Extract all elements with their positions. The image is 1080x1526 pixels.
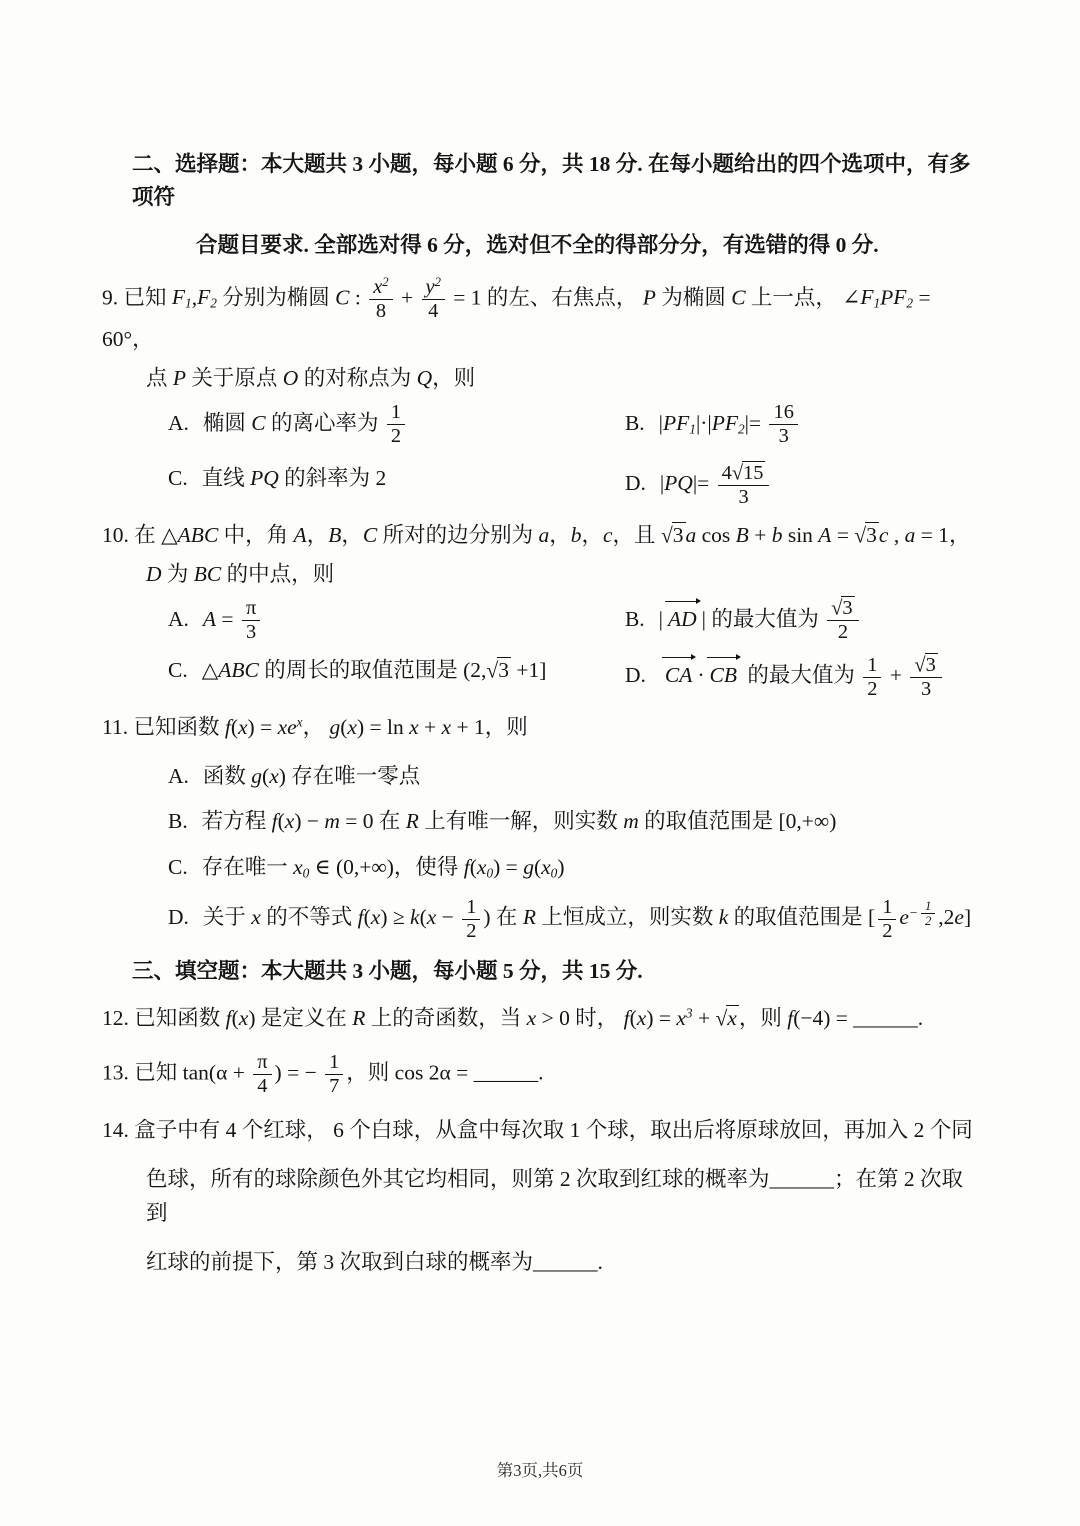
question-11-option-c: C.存在唯一 x0 ∈ (0,+∞)，使得 f(x0) = g(x0): [168, 851, 984, 884]
section-3-heading: 三、填空题：本大题共 3 小题，每小题 5 分，共 15 分.: [102, 955, 984, 988]
exam-page: { "document": { "footer": "第3页,共6页" }, "…: [0, 0, 1080, 1526]
option-label: D.: [625, 663, 646, 687]
question-12-stem: 12. 已知函数 f(x) 是定义在 R 上的奇函数，当 x > 0 时， f(…: [102, 1002, 984, 1035]
option-body: |AD| 的最大值为 √32: [659, 607, 862, 631]
section-2-heading-line-1: 二、选择题：本大题共 3 小题，每小题 6 分，共 18 分. 在每小题给出的四…: [132, 148, 984, 215]
question-9-stem-line-1: 9. 已知 F1,F2 分别为椭圆 C : x28 + y24 = 1 的左、右…: [102, 276, 984, 356]
option-label: A.: [168, 764, 189, 788]
section-3-heading-line-1: 三、填空题：本大题共 3 小题，每小题 5 分，共 15 分.: [132, 955, 984, 988]
option-body: CA·CB 的最大值为 12 + √33: [660, 663, 945, 687]
question-14: 14. 盒子中有 4 个红球， 6 个白球，从盒中每次取 1 个球，取出后将原球…: [102, 1114, 984, 1279]
question-13: 13. 已知 tan(α + π4) = − 17，则 cos 2α = ___…: [102, 1051, 984, 1098]
option-body: 关于 x 的不等式 f(x) ≥ k(x − 12) 在 R 上恒成立，则实数 …: [203, 905, 971, 929]
section-2-heading-line-2: 合题目要求. 全部选对得 6 分，选对但不全的得部分分，有选错的得 0 分.: [196, 229, 984, 262]
option-label: C.: [168, 658, 188, 682]
section-2-heading: 二、选择题：本大题共 3 小题，每小题 6 分，共 18 分. 在每小题给出的四…: [132, 148, 984, 262]
option-body: |PQ|= 4√153: [660, 471, 773, 495]
question-9-options: A.椭圆 C 的离心率为 12 B.|PF1|·|PF2|= 163 C.直线 …: [168, 401, 984, 508]
option-label: C.: [168, 466, 188, 490]
question-10-stem-line-1: 10. 在 △ABC 中，角 A，B，C 所对的边分别为 a，b，c，且 √3a…: [102, 519, 984, 552]
option-body: 函数 g(x) 存在唯一零点: [203, 764, 420, 788]
question-13-stem: 13. 已知 tan(α + π4) = − 17，则 cos 2α = ___…: [102, 1051, 984, 1098]
question-10-stem-line-2: D 为 BC 的中点，则: [102, 558, 984, 591]
option-label: D.: [168, 905, 189, 929]
question-9: 9. 已知 F1,F2 分别为椭圆 C : x28 + y24 = 1 的左、右…: [102, 276, 984, 509]
option-body: 若方程 f(x) − m = 0 在 R 上有唯一解，则实数 m 的取值范围是 …: [202, 809, 837, 833]
option-label: A.: [168, 411, 189, 435]
question-11-stem: 11. 已知函数 f(x) = xex， g(x) = ln x + x + 1…: [102, 711, 984, 744]
option-label: B.: [168, 809, 188, 833]
question-14-stem-line-1: 14. 盒子中有 4 个红球， 6 个白球，从盒中每次取 1 个球，取出后将原球…: [102, 1114, 984, 1147]
question-10-option-a: A.A = π3: [168, 597, 625, 644]
page-number-footer: 第3页,共6页: [0, 1458, 1080, 1484]
option-body: 直线 PQ 的斜率为 2: [202, 466, 387, 490]
question-9-option-a: A.椭圆 C 的离心率为 12: [168, 401, 625, 448]
option-body: |PF1|·|PF2|= 163: [659, 411, 801, 435]
question-9-option-b: B.|PF1|·|PF2|= 163: [625, 401, 984, 448]
option-body: 存在唯一 x0 ∈ (0,+∞)，使得 f(x0) = g(x0): [202, 855, 565, 879]
option-label: C.: [168, 855, 188, 879]
question-12: 12. 已知函数 f(x) 是定义在 R 上的奇函数，当 x > 0 时， f(…: [102, 1002, 984, 1035]
question-9-stem-line-2: 点 P 关于原点 O 的对称点为 Q，则: [102, 362, 984, 395]
question-10-option-c: C.△ABC 的周长的取值范围是 (2,√3 +1]: [168, 654, 625, 701]
question-10-option-b: B.|AD| 的最大值为 √32: [625, 597, 984, 644]
option-body: 椭圆 C 的离心率为 12: [203, 411, 408, 435]
question-14-stem-line-3: 红球的前提下，第 3 次取到白球的概率为______.: [102, 1246, 984, 1279]
option-label: B.: [625, 411, 645, 435]
option-label: D.: [625, 471, 646, 495]
question-11: 11. 已知函数 f(x) = xex， g(x) = ln x + x + 1…: [102, 711, 984, 943]
option-label: B.: [625, 607, 645, 631]
option-body: A = π3: [203, 607, 263, 631]
option-label: A.: [168, 607, 189, 631]
question-11-option-d: D.关于 x 的不等式 f(x) ≥ k(x − 12) 在 R 上恒成立，则实…: [168, 896, 984, 943]
question-11-option-a: A.函数 g(x) 存在唯一零点: [168, 760, 984, 793]
question-11-option-b: B.若方程 f(x) − m = 0 在 R 上有唯一解，则实数 m 的取值范围…: [168, 805, 984, 838]
question-9-option-c: C.直线 PQ 的斜率为 2: [168, 462, 625, 509]
question-14-stem-line-2: 色球，所有的球除颜色外其它均相同，则第 2 次取到红球的概率为______；在第…: [102, 1163, 984, 1230]
option-body: △ABC 的周长的取值范围是 (2,√3 +1]: [202, 658, 547, 682]
question-10-options: A.A = π3 B.|AD| 的最大值为 √32 C.△ABC 的周长的取值范…: [168, 597, 984, 700]
question-10: 10. 在 △ABC 中，角 A，B，C 所对的边分别为 a，b，c，且 √3a…: [102, 519, 984, 701]
question-11-options: A.函数 g(x) 存在唯一零点 B.若方程 f(x) − m = 0 在 R …: [168, 760, 984, 943]
question-10-option-d: D.CA·CB 的最大值为 12 + √33: [625, 654, 984, 701]
question-9-option-d: D.|PQ|= 4√153: [625, 462, 984, 509]
